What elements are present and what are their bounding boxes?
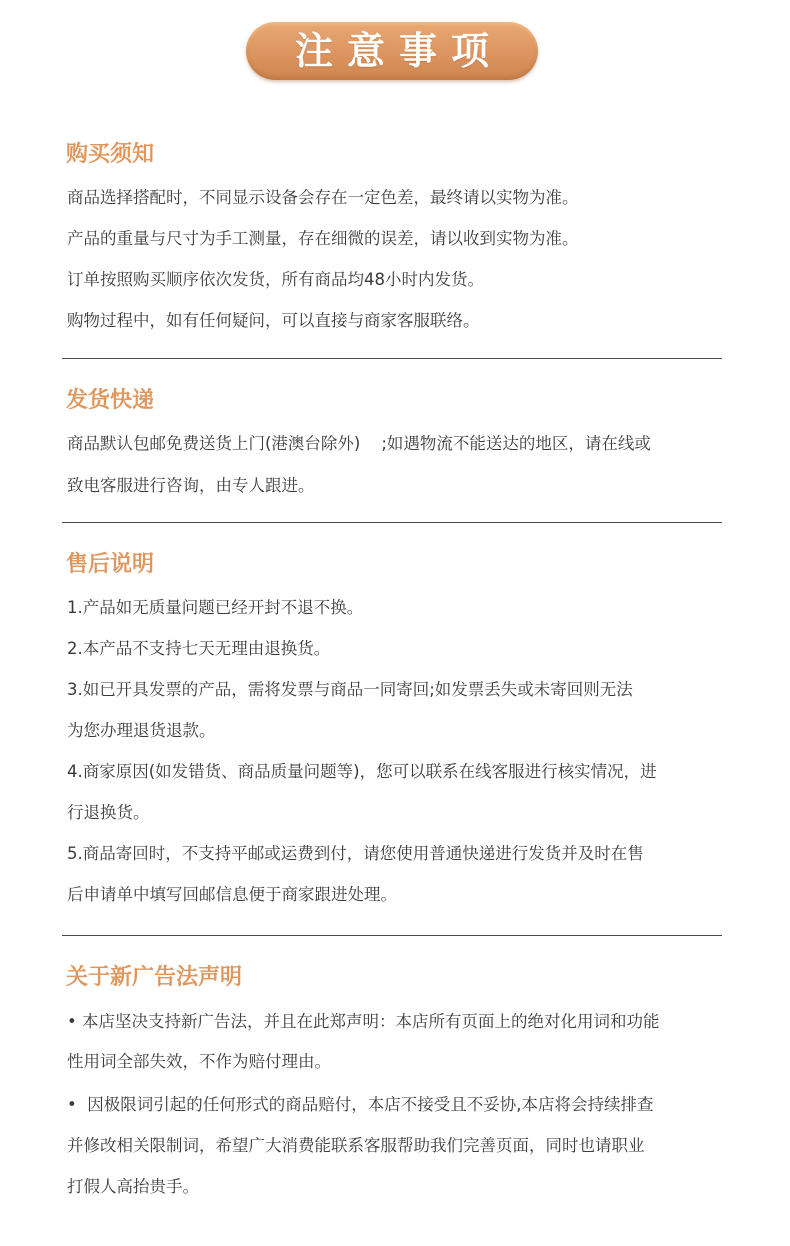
section-line: 打假人高抬贵手。 <box>67 1175 199 1199</box>
banner-title: 注意事项 <box>281 22 503 80</box>
section-line: • 因极限词引起的任何形式的商品赔付，本店不接受且不妥协,本店将会持续排查 <box>67 1093 653 1117</box>
section-divider <box>62 935 722 936</box>
section-line: 购物过程中，如有任何疑问，可以直接与商家客服联络。 <box>67 309 480 333</box>
section-divider <box>62 522 722 523</box>
section-line: 为您办理退货退款。 <box>67 719 216 743</box>
section-line: 订单按照购买顺序依次发货，所有商品均48小时内发货。 <box>67 268 484 292</box>
section-line: 产品的重量与尺寸为手工测量，存在细微的误差，请以收到实物为准。 <box>67 227 579 251</box>
section-line: 5.商品寄回时，不支持平邮或运费到付，请您使用普通快递进行发货并及时在售 <box>67 842 644 866</box>
section-title: 关于新广告法声明 <box>66 963 242 993</box>
section-line: 2.本产品不支持七天无理由退换货。 <box>67 637 330 661</box>
section-line: 3.如已开具发票的产品，需将发票与商品一同寄回;如发票丢失或未寄回则无法 <box>67 678 633 702</box>
section-line: 致电客服进行咨询，由专人跟进。 <box>67 474 315 498</box>
section-line: • 本店坚决支持新广告法，并且在此郑声明：本店所有页面上的绝对化用词和功能 <box>67 1010 659 1034</box>
section-line: 商品选择搭配时，不同显示设备会存在一定色差，最终请以实物为准。 <box>67 186 579 210</box>
section-line: 1.产品如无质量问题已经开封不退不换。 <box>67 596 363 620</box>
notice-banner: 注意事项 <box>246 22 538 80</box>
section-line: 性用词全部失效，不作为赔付理由。 <box>67 1050 331 1074</box>
section-divider <box>62 358 722 359</box>
section-line: 商品默认包邮免费送货上门(港澳台除外) ;如遇物流不能送达的地区，请在线或 <box>67 432 651 456</box>
section-title: 购买须知 <box>66 140 154 170</box>
section-line: 并修改相关限制词，希望广大消费能联系客服帮助我们完善页面，同时也请职业 <box>67 1134 645 1158</box>
section-title: 发货快递 <box>66 386 154 416</box>
section-line: 4.商家原因(如发错货、商品质量问题等)，您可以联系在线客服进行核实情况，进 <box>67 760 657 784</box>
section-line: 行退换货。 <box>67 801 150 825</box>
section-title: 售后说明 <box>66 550 154 580</box>
section-line: 后申请单中填写回邮信息便于商家跟进处理。 <box>67 883 397 907</box>
